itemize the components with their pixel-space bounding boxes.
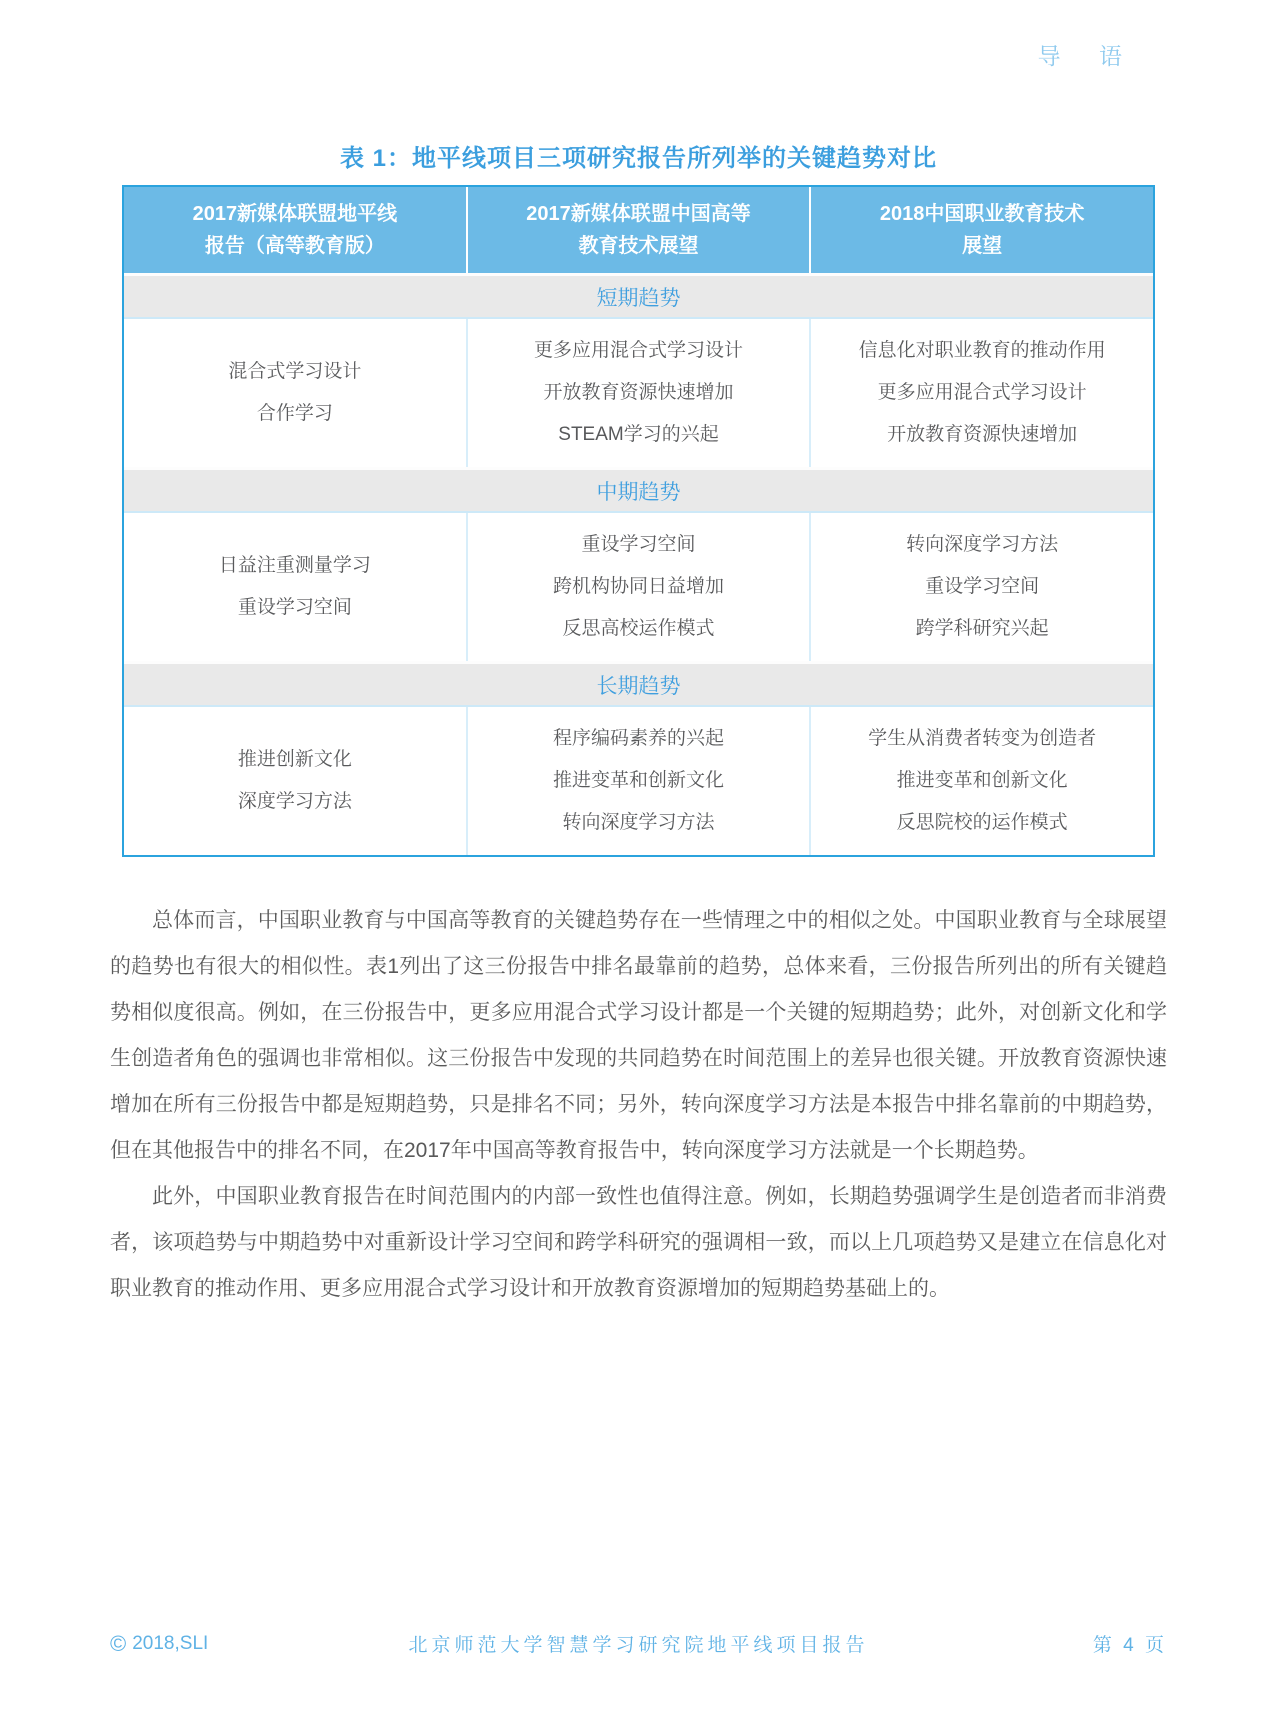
trend-item: 学生从消费者转变为创造者 [868, 718, 1096, 760]
trend-item: 重设学习空间 [582, 524, 696, 566]
trend-item: 跨学科研究兴起 [916, 608, 1049, 650]
table-header-col-2-line-2: 教育技术展望 [476, 230, 802, 262]
footer-copyright: © 2018,SLI [110, 1633, 330, 1655]
cell-long-term-col-3: 学生从消费者转变为创造者 推进变革和创新文化 反思院校的运作模式 [809, 707, 1153, 855]
trend-item: 信息化对职业教育的推动作用 [859, 330, 1106, 372]
trend-item: 推进创新文化 [238, 739, 352, 781]
trend-item: 深度学习方法 [238, 781, 352, 823]
section-label-short-term: 短期趋势 [597, 282, 681, 312]
trend-item: 更多应用混合式学习设计 [878, 372, 1087, 414]
cell-short-term-col-2: 更多应用混合式学习设计 开放教育资源快速增加 STEAM学习的兴起 [466, 319, 810, 467]
trend-item: 重设学习空间 [925, 566, 1039, 608]
table-header-col-3-line-1: 2018中国职业教育技术 [819, 198, 1145, 230]
cell-long-term-col-2: 程序编码素养的兴起 推进变革和创新文化 转向深度学习方法 [466, 707, 810, 855]
section-row-short-term: 短期趋势 [124, 273, 1153, 319]
trend-item: STEAM学习的兴起 [558, 414, 718, 456]
page-footer: © 2018,SLI 北京师范大学智慧学习研究院地平线项目报告 第 4 页 [110, 1630, 1167, 1657]
trend-item: 合作学习 [257, 393, 333, 435]
paragraph-1: 总体而言，中国职业教育与中国高等教育的关键趋势存在一些情理之中的相似之处。中国职… [110, 898, 1167, 1174]
table-header-col-3-line-2: 展望 [819, 230, 1145, 262]
table-header-col-2: 2017新媒体联盟中国高等 教育技术展望 [466, 187, 810, 273]
trend-item: 更多应用混合式学习设计 [534, 330, 743, 372]
trend-item: 跨机构协同日益增加 [553, 566, 724, 608]
trend-item: 重设学习空间 [238, 587, 352, 629]
report-page: 导 语 表 1：地平线项目三项研究报告所列举的关键趋势对比 2017新媒体联盟地… [0, 0, 1276, 1718]
trend-item: 转向深度学习方法 [906, 524, 1058, 566]
copyright-text: 2018,SLI [132, 1633, 208, 1655]
table-title: 表 1：地平线项目三项研究报告所列举的关键趋势对比 [122, 138, 1155, 173]
trends-comparison-table: 2017新媒体联盟地平线 报告（高等教育版） 2017新媒体联盟中国高等 教育技… [122, 185, 1155, 857]
section-label-long-term: 长期趋势 [597, 670, 681, 700]
page-number: 第 4 页 [947, 1630, 1167, 1657]
body-row-long-term: 推进创新文化 深度学习方法 程序编码素养的兴起 推进变革和创新文化 转向深度学习… [124, 707, 1153, 855]
trend-item: 反思高校运作模式 [563, 608, 715, 650]
trend-item: 开放教育资源快速增加 [544, 372, 734, 414]
body-text: 总体而言，中国职业教育与中国高等教育的关键趋势存在一些情理之中的相似之处。中国职… [110, 898, 1167, 1312]
trend-item: 反思院校的运作模式 [897, 802, 1068, 844]
trend-item: 开放教育资源快速增加 [887, 414, 1077, 456]
cell-mid-term-col-3: 转向深度学习方法 重设学习空间 跨学科研究兴起 [809, 513, 1153, 661]
section-label-mid-term: 中期趋势 [597, 476, 681, 506]
table-header-col-3: 2018中国职业教育技术 展望 [809, 187, 1153, 273]
table-header-col-2-line-1: 2017新媒体联盟中国高等 [476, 198, 802, 230]
cell-mid-term-col-1: 日益注重测量学习 重设学习空间 [124, 513, 466, 661]
table-header-col-1-line-2: 报告（高等教育版） [132, 230, 458, 262]
body-row-short-term: 混合式学习设计 合作学习 更多应用混合式学习设计 开放教育资源快速增加 STEA… [124, 319, 1153, 467]
section-row-long-term: 长期趋势 [124, 661, 1153, 707]
body-row-mid-term: 日益注重测量学习 重设学习空间 重设学习空间 跨机构协同日益增加 反思高校运作模… [124, 513, 1153, 661]
paragraph-2: 此外，中国职业教育报告在时间范围内的内部一致性也值得注意。例如，长期趋势强调学生… [110, 1174, 1167, 1312]
trend-item: 混合式学习设计 [228, 351, 361, 393]
section-row-mid-term: 中期趋势 [124, 467, 1153, 513]
trend-item: 程序编码素养的兴起 [553, 718, 724, 760]
cell-short-term-col-3: 信息化对职业教育的推动作用 更多应用混合式学习设计 开放教育资源快速增加 [809, 319, 1153, 467]
cell-long-term-col-1: 推进创新文化 深度学习方法 [124, 707, 466, 855]
trend-item: 转向深度学习方法 [563, 802, 715, 844]
trend-item: 推进变革和创新文化 [897, 760, 1068, 802]
table-header-col-1: 2017新媒体联盟地平线 报告（高等教育版） [124, 187, 466, 273]
cell-mid-term-col-2: 重设学习空间 跨机构协同日益增加 反思高校运作模式 [466, 513, 810, 661]
chapter-corner-label: 导 语 [1038, 38, 1138, 71]
table-header-col-1-line-1: 2017新媒体联盟地平线 [132, 198, 458, 230]
cell-short-term-col-1: 混合式学习设计 合作学习 [124, 319, 466, 467]
trend-item: 日益注重测量学习 [219, 545, 371, 587]
table-header-row: 2017新媒体联盟地平线 报告（高等教育版） 2017新媒体联盟中国高等 教育技… [124, 187, 1153, 273]
copyright-icon: © [110, 1633, 126, 1655]
trend-item: 推进变革和创新文化 [553, 760, 724, 802]
footer-report-title: 北京师范大学智慧学习研究院地平线项目报告 [330, 1630, 947, 1657]
